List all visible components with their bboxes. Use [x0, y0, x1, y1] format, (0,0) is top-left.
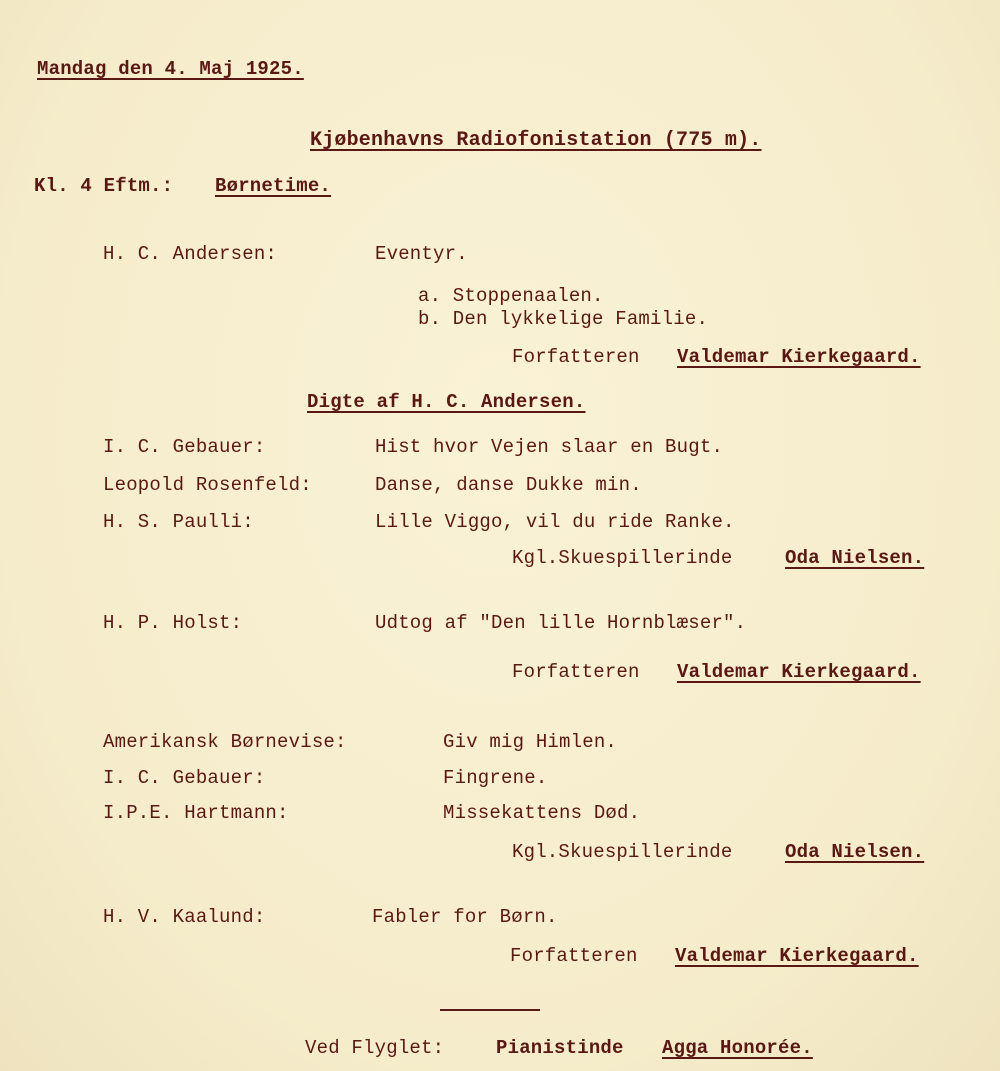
work-title: Udtog af "Den lille Hornblæser". [375, 612, 746, 634]
author-name: H. P. Holst: [103, 612, 242, 634]
song-title: Danse, danse Dukke min. [375, 474, 642, 496]
performer-name: Oda Nielsen. [785, 547, 924, 569]
separator-rule [440, 1009, 540, 1011]
composer-name: Leopold Rosenfeld: [103, 474, 312, 496]
performer-title: Kgl.Skuespillerinde [512, 547, 732, 569]
time-label: Kl. 4 Eftm.: [34, 175, 173, 197]
song-title: Lille Viggo, vil du ride Ranke. [375, 511, 735, 533]
performer-title: Forfatteren [512, 346, 640, 368]
author-name: H. C. Andersen: [103, 243, 277, 265]
song-title: Fingrene. [443, 767, 547, 789]
composer-name: I. C. Gebauer: [103, 767, 265, 789]
composer-name: H. S. Paulli: [103, 511, 254, 533]
list-item: a. Stoppenaalen. [418, 285, 604, 307]
performer-title: Forfatteren [512, 661, 640, 683]
date-heading: Mandag den 4. Maj 1925. [37, 58, 304, 80]
performer-name: Valdemar Kierkegaard. [677, 661, 921, 683]
performer-title: Pianistinde [496, 1037, 624, 1059]
work-title: Fabler for Børn. [372, 906, 558, 928]
song-title: Missekattens Død. [443, 802, 640, 824]
program-title: Børnetime. [215, 175, 331, 197]
song-title: Giv mig Himlen. [443, 731, 617, 753]
footer-label: Ved Flyglet: [305, 1037, 444, 1059]
station-heading: Kjøbenhavns Radiofonistation (775 m). [310, 130, 761, 152]
performer-name: Oda Nielsen. [785, 841, 924, 863]
work-title: Eventyr. [375, 243, 468, 265]
performer-name: Valdemar Kierkegaard. [677, 346, 921, 368]
composer-name: I.P.E. Hartmann: [103, 802, 289, 824]
song-title: Hist hvor Vejen slaar en Bugt. [375, 436, 723, 458]
document-page: Mandag den 4. Maj 1925. Kjøbenhavns Radi… [0, 0, 1000, 1071]
performer-name: Agga Honorée. [662, 1037, 813, 1059]
composer-name: Amerikansk Børnevise: [103, 731, 347, 753]
performer-name: Valdemar Kierkegaard. [675, 945, 919, 967]
section-heading: Digte af H. C. Andersen. [307, 391, 585, 413]
performer-title: Kgl.Skuespillerinde [512, 841, 732, 863]
composer-name: I. C. Gebauer: [103, 436, 265, 458]
performer-title: Forfatteren [510, 945, 638, 967]
list-item: b. Den lykkelige Familie. [418, 308, 708, 330]
author-name: H. V. Kaalund: [103, 906, 265, 928]
